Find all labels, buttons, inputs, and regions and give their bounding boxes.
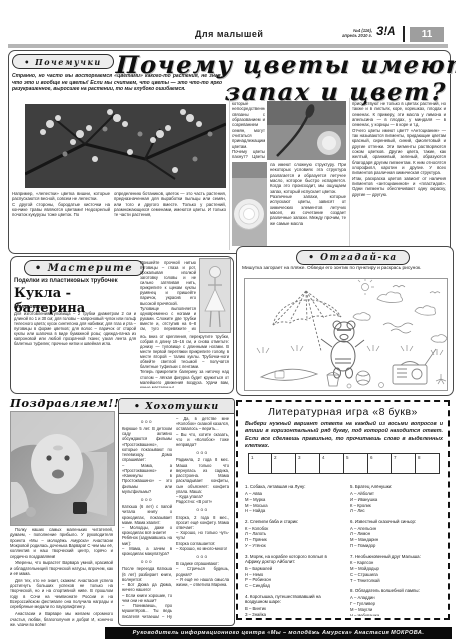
question-text: 5. Братец Алёнушки: <box>350 484 446 489</box>
masthead-logo: З!А <box>376 26 396 38</box>
article-column-3: которые непосредственно связаны с образо… <box>232 101 265 160</box>
question-option: Ч – Чебурашка <box>350 613 446 616</box>
game-question: 6. Известный сказочный синьор: А – Апель… <box>350 519 446 549</box>
riddle-caption: Мишутка загорает на пляже. Обведи его зо… <box>242 266 448 272</box>
congrats-paragraph: Уверены, что вырастет Варвара умной, кра… <box>10 560 113 576</box>
answer-cell[interactable]: 2 <box>272 453 296 474</box>
joke-item: После переезда Катюша (6 лет) разбирает … <box>122 566 172 620</box>
jokes-column-1: ооо Кирюше 5 лет. В детском саду активно… <box>122 416 172 620</box>
joke-separator: ооо <box>122 497 172 502</box>
column-divider-1 <box>229 98 230 250</box>
header-rule <box>8 44 448 48</box>
white-rose-photo <box>232 162 267 246</box>
jokes-column-2: – Да, в детстве мне «Колобок» сказкой ка… <box>176 416 229 620</box>
ballerina-doll-photo <box>199 258 231 333</box>
page-number: 11 <box>410 27 444 42</box>
footer-credit: Руководитель информационного центра «Мы … <box>105 627 452 639</box>
blossom-photo <box>25 104 226 188</box>
game-question: 7. Необыкновенный друг Малыша: К – Карлс… <box>350 554 446 584</box>
masterite-side-text: Пришейте прочной нитью пуговицы – глаза … <box>140 260 196 332</box>
coloring-drawing[interactable] <box>244 278 448 391</box>
answer-grid[interactable]: 1 2 3 4 5 6 7 8 <box>248 453 440 474</box>
game-question: 8. Обладатель волшебной лампы: А – Аладд… <box>350 588 446 616</box>
question-text: 1. Собака, летавшая на Луну: <box>245 484 343 489</box>
joke-separator: ооо <box>176 554 229 559</box>
joke-separator: ооо <box>122 419 172 424</box>
joke-separator: ооо <box>122 559 172 564</box>
question-option: Т – Тянитолкай <box>350 578 446 584</box>
game-instructions: Выбери нужный вариант ответа на каждый и… <box>245 421 443 450</box>
article-column-5: присутствуют не только в цветах растений… <box>352 101 446 250</box>
question-option: Л – Лис <box>350 508 446 514</box>
riddle-label: • Отгадай-ка <box>296 250 410 265</box>
baby-photo <box>10 411 115 526</box>
game-question: 2. Слепили баба и старик: К – Колобок Л … <box>245 519 343 549</box>
game-questions-col2: 5. Братец Алёнушки: А – Айболит И – Иван… <box>350 484 446 616</box>
question-text: 6. Известный сказочный синьор: <box>350 519 446 524</box>
jokes-label: • Хохотушки <box>134 401 219 412</box>
game-question: 4. Коротышка, путешествовавший на воздуш… <box>245 594 343 616</box>
masterite-tail-text: ясь вниз от крепления, перекрутите трубк… <box>140 334 229 388</box>
joke-item: Кирюше 5 лет. В детском саду активно обс… <box>122 426 172 494</box>
question-option: З – Знайка <box>245 612 343 616</box>
joke-separator: ооо <box>176 507 229 512</box>
article-column-1: Например, «лепестки» цветка вишни, котор… <box>12 191 110 250</box>
question-option: П – Помидор <box>350 543 446 549</box>
question-option: Н – Найда <box>245 508 343 514</box>
rosebud-photo <box>267 101 346 160</box>
answer-cell[interactable]: 5 <box>344 453 368 474</box>
answer-cell[interactable]: 8 <box>416 453 440 474</box>
question-option: С – Синдбад <box>245 583 343 589</box>
congrats-paragraph: Для тех, кто не знает, скажем: Анастасия… <box>10 578 113 610</box>
congrats-paragraph: Полку наших самых маленьких читателей, д… <box>10 527 113 559</box>
question-option: У – Утёнок <box>245 543 343 549</box>
materials-heading: Материалы: <box>14 304 49 310</box>
answer-cell[interactable]: 4 <box>320 453 344 474</box>
congrats-paragraph: Анастасии и Варваре мы желаем огромного … <box>10 611 113 626</box>
answer-cell[interactable]: 3 <box>296 453 320 474</box>
article-lead: Странно, но часто мы восторгаемся «цвета… <box>12 73 222 102</box>
masterite-label: • Мастерите <box>24 260 144 276</box>
answer-cell[interactable]: 7 <box>392 453 416 474</box>
game-question: 1. Собака, летавшая на Луну: А – Авва М … <box>245 484 343 514</box>
game-question: 3. Моряк, на корабле которого поплыл в А… <box>245 554 343 590</box>
article-section-label: • Почемучки <box>12 54 114 69</box>
issue-date: апрель 2010 г. <box>330 33 372 38</box>
game-questions-col1: 1. Собака, летавшая на Луну: А – Авва М … <box>245 484 343 616</box>
game-title: Литературная игра «8 букв» <box>238 406 448 418</box>
answer-cell[interactable]: 1 <box>248 453 272 474</box>
question-text: 7. Необыкновенный друг Малыша: <box>350 554 446 559</box>
jokes-header: • Хохотушки <box>119 399 234 414</box>
article-column-2: определению ботаников, цветок — это част… <box>114 191 226 250</box>
newspaper-page: Для малышей №4 (116), апрель 2010 г. З!А… <box>0 0 456 644</box>
page-rubric: Для малышей <box>195 29 263 39</box>
header-divider <box>403 26 405 42</box>
issue-info: №4 (116), апрель 2010 г. <box>330 28 372 39</box>
column-divider-2 <box>349 98 350 250</box>
congrats-title: Поздравляем!!! <box>10 396 125 410</box>
question-text: 8. Обладатель волшебной лампы: <box>350 588 446 593</box>
joke-item: В садике спрашивают: – Стричься будешь, … <box>176 561 229 587</box>
joke-item: – Да, в детстве мне «Колобок» сказкой ка… <box>176 416 229 447</box>
article-column-4: ла имеют сложную структуру. При некоторы… <box>270 162 346 246</box>
congrats-text: Полку наших самых маленьких читателей, д… <box>10 527 113 626</box>
joke-item: Катюша (6 лет) с папой читала книгу о кр… <box>122 504 172 556</box>
masterite-subtitle: Поделки из пластиковых трубочек <box>14 278 138 284</box>
materials-text: Для изготовления туловища – 2 трубки диа… <box>14 311 136 388</box>
joke-item: Радмила, 2 года 8 мес. Маша только что в… <box>176 457 229 504</box>
joke-item: Егорка, 2 года 8 мес., просит ещё конфет… <box>176 515 229 552</box>
answer-cell[interactable]: 6 <box>368 453 392 474</box>
question-text: 2. Слепили баба и старик: <box>245 519 343 524</box>
joke-separator: ооо <box>176 450 229 455</box>
game-question: 5. Братец Алёнушки: А – Айболит И – Иван… <box>350 484 446 514</box>
question-text: 4. Коротышка, путешествовавший на воздуш… <box>245 594 343 605</box>
question-text: 3. Моряк, на корабле которого поплыл в А… <box>245 554 343 565</box>
